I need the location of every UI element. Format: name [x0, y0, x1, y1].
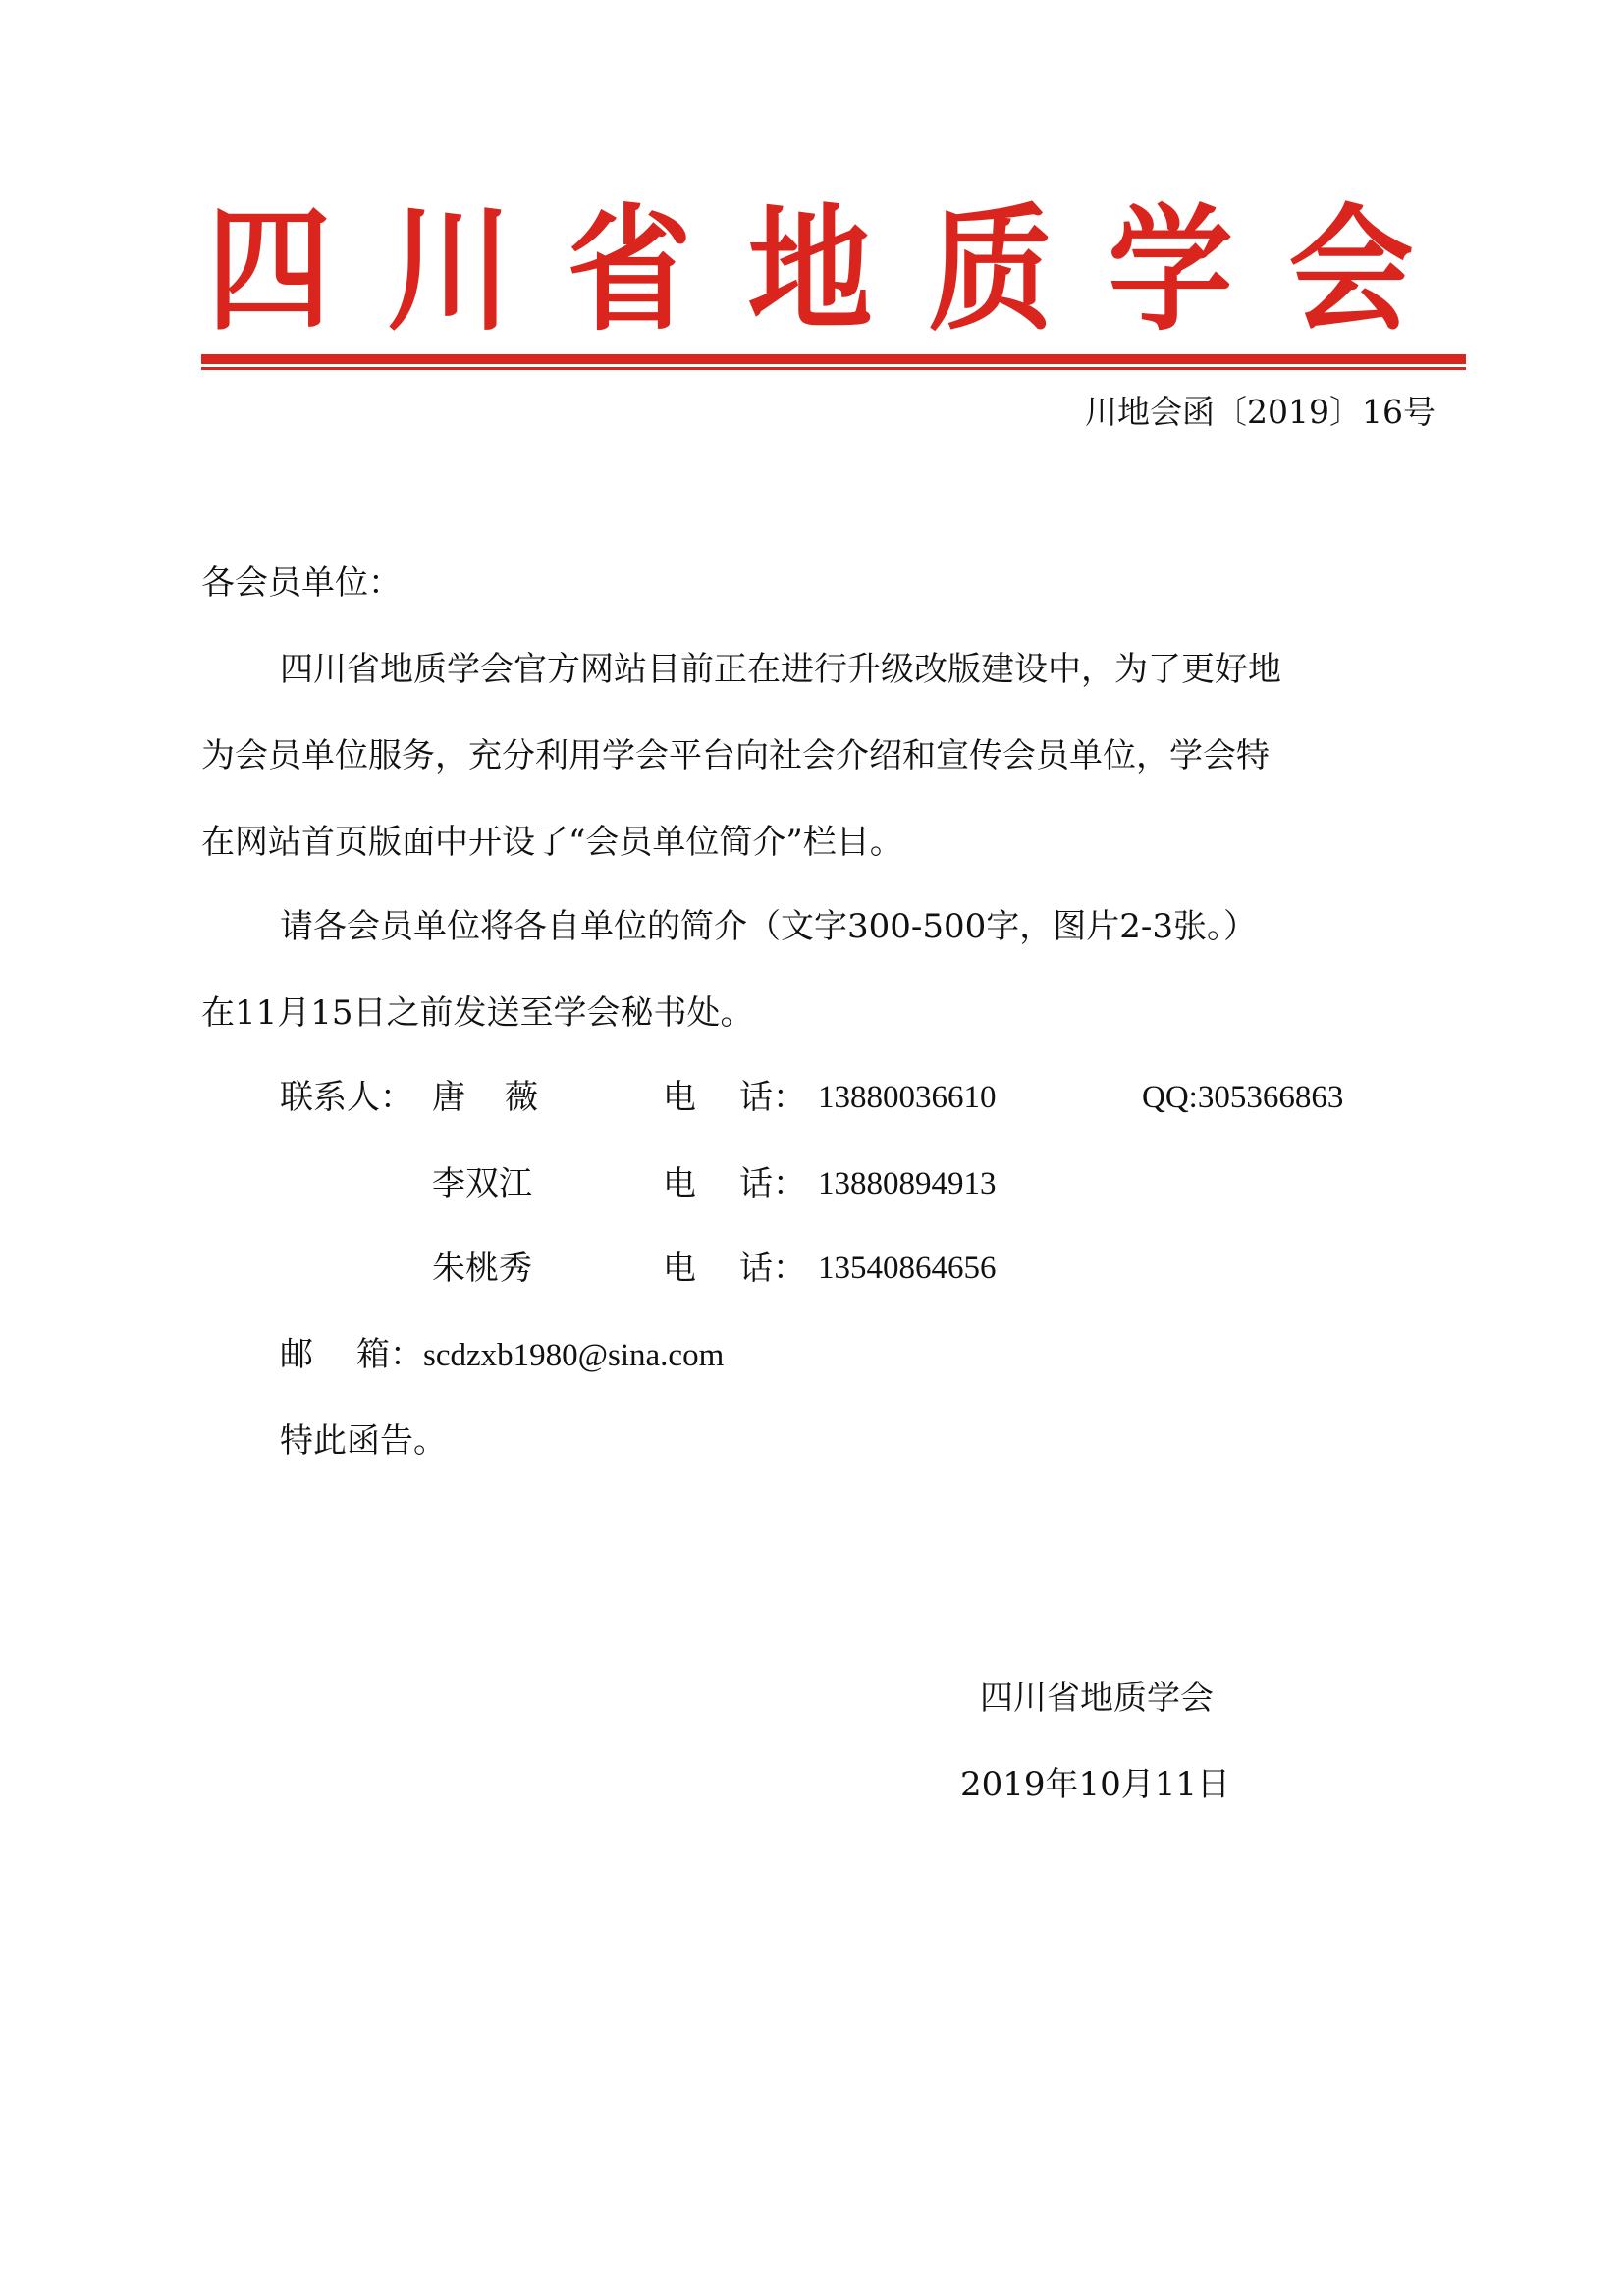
- phone-label: 电话：: [663, 1162, 806, 1205]
- contact-name: 李双江: [432, 1162, 532, 1205]
- paragraph-1-line-1: 四川省地质学会官方网站目前正在进行升级改版建设中，为了更好地: [280, 648, 1281, 691]
- document-number: 川地会函〔2019〕16号: [1085, 391, 1435, 434]
- phone-label-char: 电: [663, 1076, 739, 1119]
- contact-qq: QQ:305366863: [1142, 1076, 1343, 1119]
- email-label-char: 箱：: [356, 1335, 423, 1374]
- masthead-char: 会: [1288, 196, 1413, 344]
- masthead-divider-thin: [201, 367, 1466, 370]
- masthead-char: 川: [387, 196, 512, 344]
- paragraph-2-line-1: 请各会员单位将各自单位的简介（文字300-500字，图片2-3张。）: [280, 905, 1257, 948]
- email-label-char: 邮: [280, 1333, 356, 1376]
- masthead-divider-thick: [201, 354, 1466, 364]
- closing-remark: 特此函告。: [280, 1419, 447, 1463]
- email-label: 邮箱：: [280, 1335, 423, 1374]
- masthead-char: 省: [568, 196, 692, 344]
- phone-label: 电话：: [663, 1076, 806, 1119]
- phone-label-char: 话：: [739, 1078, 806, 1117]
- salutation: 各会员单位：: [201, 561, 402, 605]
- contact-name: 唐薇: [432, 1076, 577, 1119]
- masthead-char: 学: [1109, 196, 1233, 344]
- paragraph-1-line-3: 在网站首页版面中开设了“会员单位简介”栏目。: [201, 821, 903, 864]
- masthead-title: 四 川 省 地 质 学 会: [201, 196, 1419, 344]
- signature-date: 2019年10月11日: [960, 1763, 1230, 1806]
- paragraph-2-line-2: 在11月15日之前发送至学会秘书处。: [201, 991, 754, 1035]
- masthead-char: 地: [747, 196, 872, 344]
- contact-label: 联系人：: [280, 1076, 413, 1119]
- email-address: scdzxb1980@sina.com: [423, 1338, 724, 1373]
- phone-label: 电话：: [663, 1247, 806, 1290]
- signature-organization: 四川省地质学会: [980, 1677, 1214, 1720]
- contact-phone: 13880894913: [818, 1162, 997, 1205]
- phone-label-char: 电: [663, 1247, 739, 1290]
- contact-name: 朱桃秀: [432, 1247, 532, 1290]
- phone-label-char: 话：: [739, 1164, 806, 1203]
- phone-label-char: 电: [663, 1162, 739, 1205]
- paragraph-1-line-2: 为会员单位服务，充分利用学会平台向社会介绍和宣传会员单位，学会特: [201, 734, 1270, 777]
- masthead-char: 四: [207, 196, 332, 344]
- contact-phone: 13540864656: [818, 1247, 997, 1290]
- email-row: 邮箱：scdzxb1980@sina.com: [280, 1333, 724, 1377]
- letter-page: 四 川 省 地 质 学 会 川地会函〔2019〕16号 各会员单位： 四川省地质…: [0, 0, 1624, 2296]
- contact-phone: 13880036610: [818, 1076, 997, 1119]
- phone-label-char: 话：: [739, 1249, 806, 1288]
- masthead-char: 质: [928, 196, 1053, 344]
